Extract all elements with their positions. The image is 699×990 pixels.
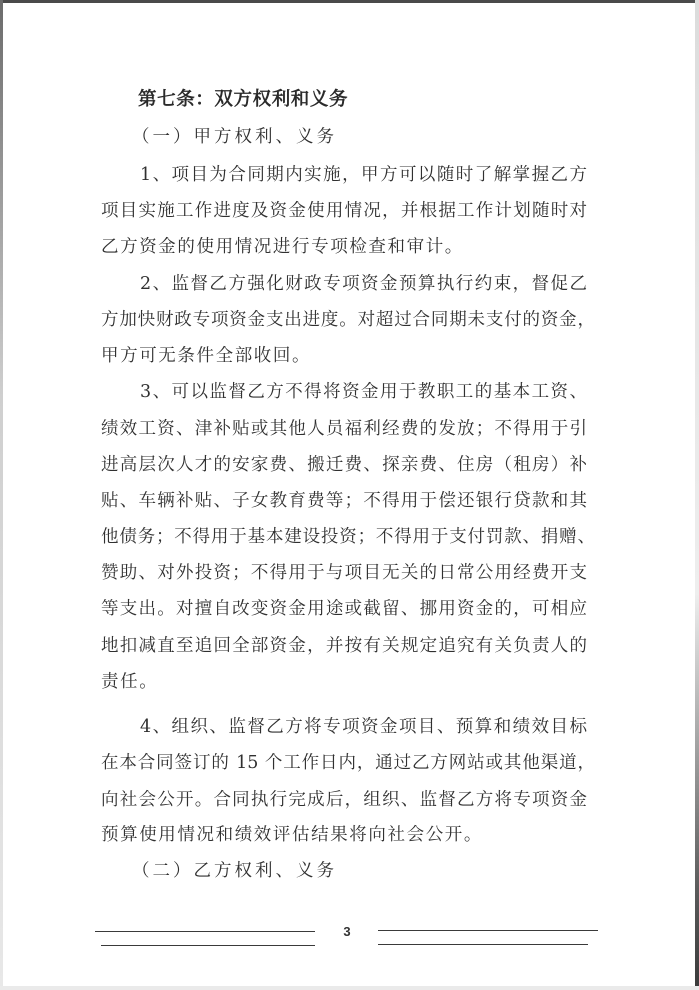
body-line: 预算使用情况和绩效评估结果将向社会公开。 (101, 823, 587, 847)
document-page: 第七条：双方权利和义务 （一）甲方权利、义务 1、项目为合同期内实施，甲方可以随… (0, 0, 699, 990)
body-line: 等支出。对擅自改变资金用途或截留、挪用资金的，可相应 (101, 597, 587, 621)
body-line: 乙方资金的使用情况进行专项检查和审计。 (101, 235, 587, 259)
body-line: 4、组织、监督乙方将专项资金项目、预算和绩效目标 (140, 715, 587, 739)
body-line: 他债务；不得用于基本建设投资；不得用于支付罚款、捐赠、 (101, 525, 595, 549)
body-line: 进高层次人才的安家费、搬迁费、探亲费、住房（租房）补 (101, 453, 587, 477)
body-line: 项目实施工作进度及资金使用情况，并根据工作计划随时对 (101, 199, 587, 223)
scan-border-bottom (0, 986, 699, 990)
body-line: 贴、车辆补贴、子女教育费等；不得用于偿还银行贷款和其 (101, 489, 587, 513)
body-line: 甲方可无条件全部收回。 (101, 344, 587, 368)
body-line: 赞助、对外投资；不得用于与项目无关的日常公用经费开支 (101, 561, 587, 585)
scan-border-right (695, 0, 699, 990)
body-line: 地扣减直至追回全部资金，并按有关规定追究有关负责人的 (101, 634, 587, 658)
scan-border-top (0, 0, 699, 3)
scan-border-left (0, 0, 3, 990)
body-line: 在本合同签订的 15 个工作日内，通过乙方网站或其他渠道， (101, 751, 595, 775)
footer-rule-right-bottom (378, 944, 588, 945)
body-line: 方加快财政专项资金支出进度。对超过合同期未支付的资金， (101, 308, 595, 332)
body-line: 1、项目为合同期内实施，甲方可以随时了解掌握乙方 (140, 163, 587, 187)
page-number: 3 (340, 924, 354, 939)
footer-rule-left-bottom (101, 945, 315, 946)
body-line: 2、监督乙方强化财政专项资金预算执行约束，督促乙 (140, 272, 587, 296)
body-line: 绩效工资、津补贴或其他人员福利经费的发放；不得用于引 (101, 417, 587, 441)
body-line: 向社会公开。合同执行完成后，组织、监督乙方将专项资金 (101, 788, 587, 812)
section-b-heading: （二）乙方权利、义务 (132, 859, 337, 883)
footer-rule-left-top (95, 931, 315, 932)
article-heading: 第七条：双方权利和义务 (138, 88, 348, 112)
body-line: 责任。 (101, 670, 587, 694)
body-line: 3、可以监督乙方不得将资金用于教职工的基本工资、 (140, 380, 587, 404)
section-a-heading: （一）甲方权利、义务 (132, 125, 337, 149)
footer-rule-right-top (378, 930, 598, 931)
